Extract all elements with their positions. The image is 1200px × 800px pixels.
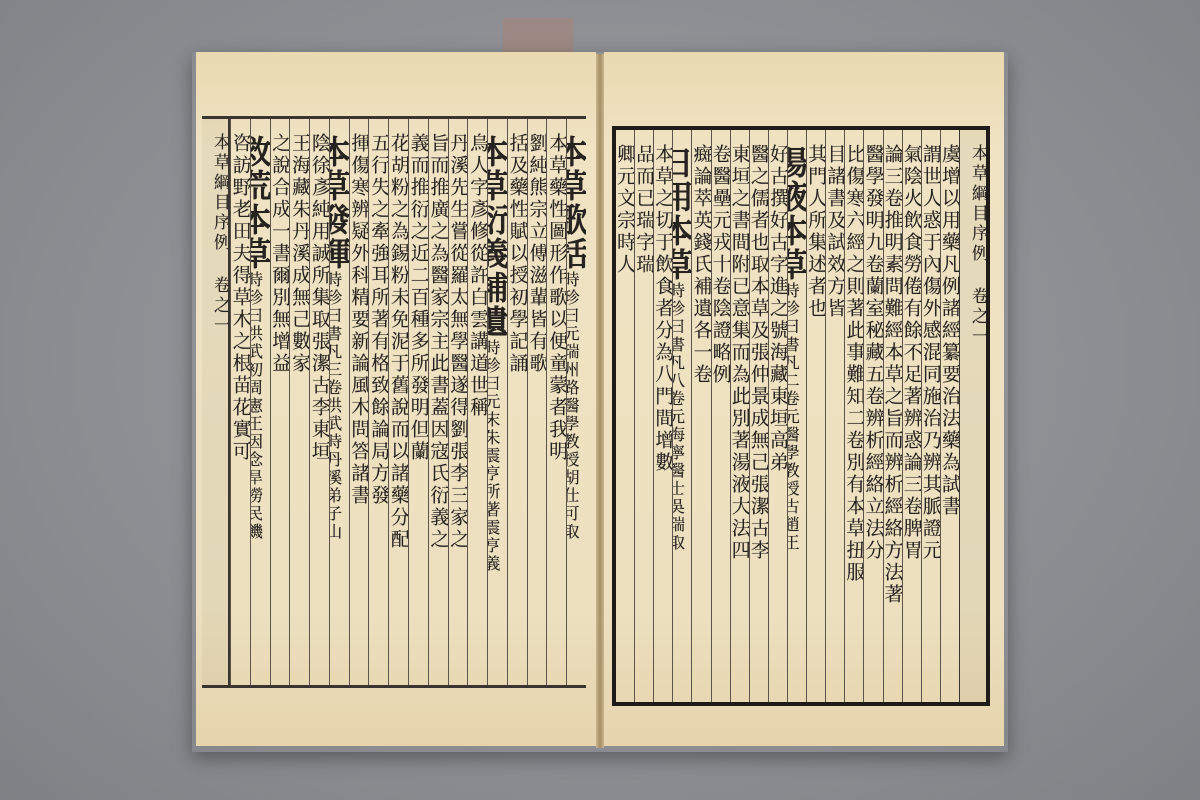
entry-heading-column: 湯液本草時珍曰書凡二卷元醫學教授古趙王 <box>787 130 806 702</box>
text-column: 比傷寒六經之則著此事難知二卷別有本草扭服 <box>844 130 863 702</box>
left-page-frame: 本草歌括時珍曰元瑞州路醫學教授胡仕可取本草藥性圖形作歌以便童蒙者我明劉純熊宗立傅… <box>202 116 586 688</box>
text-column: 花胡粉之為錫粉未免泥于舊說而以諸藥分配 <box>388 119 408 685</box>
text-column: 癍論萃英錢氏補遺各一卷 <box>691 130 710 702</box>
right-page-columns: 本草綱目序例 卷之一虞增以用藥凡例諸經纂要治法藥為試書謂世人惑于內傷外感混同施治… <box>616 130 986 702</box>
book-spine <box>596 54 604 748</box>
banxin-title: 本草綱目序例 卷之一 <box>959 130 986 702</box>
entry-heading-column: 日用本草時珍曰書凡八卷元海寧醫士吳瑞取 <box>672 130 691 702</box>
text-column: 好古撰好古字進之號海藏東垣高弟 <box>768 130 787 702</box>
right-page-frame: 本草綱目序例 卷之一虞增以用藥凡例諸經纂要治法藥為試書謂世人惑于內傷外感混同施治… <box>612 126 990 706</box>
text-column: 論三卷推明素問難經本草之旨而辨析經絡方法著 <box>883 130 902 702</box>
text-column: 醫之儒者也取本草及張仲景成無己張潔古李 <box>749 130 768 702</box>
left-page: 本草歌括時珍曰元瑞州路醫學教授胡仕可取本草藥性圖形作歌以便童蒙者我明劉純熊宗立傅… <box>196 52 596 746</box>
right-page: 本草綱目序例 卷之一虞增以用藥凡例諸經纂要治法藥為試書謂世人惑于內傷外感混同施治… <box>604 52 1004 746</box>
text-column: 義而推衍之近二百種多所發明但蘭 <box>408 119 428 685</box>
entry-heading-column: 救荒本草時珍曰洪武初周憲王因念旱澇民饑 <box>250 119 270 685</box>
text-column: 括及藥性賦以授初學記誦 <box>507 119 527 685</box>
text-column: 虞增以用藥凡例諸經纂要治法藥為試書 <box>940 130 959 702</box>
text-column: 本草藥性圖形作歌以便童蒙者我明 <box>546 119 566 685</box>
entry-note: 時珍曰書凡八卷元海寧醫士吳瑞取 <box>672 282 685 552</box>
entry-heading-column: 本草發揮時珍曰書凡三卷洪武時丹溪弟子山 <box>329 119 349 685</box>
text-column: 咨訪野老田夫得草木之根苗花實可 <box>230 119 250 685</box>
text-column: 其門人所集述者也 <box>806 130 825 702</box>
entry-note: 時珍曰書凡二卷元醫學教授古趙王 <box>787 282 800 552</box>
text-column: 謂世人惑于內傷外感混同施治乃辨其脈證元 <box>921 130 940 702</box>
entry-heading-column: 本草衍義補遺時珍曰元末朱震亨所著震亨義 <box>487 119 507 685</box>
entry-title: 本草發揮 <box>329 135 349 271</box>
text-column: 卿元文宗時人 <box>616 130 634 702</box>
entry-note: 時珍曰書凡三卷洪武時丹溪弟子山 <box>329 271 343 541</box>
text-column: 品而已瑞字瑞 <box>634 130 653 702</box>
text-column: 王海藏朱丹溪成無己數家 <box>289 119 309 685</box>
entry-title: 本草衍義補遺 <box>487 135 507 339</box>
text-column: 卷醫壘元戎十卷陰證略例 <box>711 130 730 702</box>
text-column: 劉純熊宗立傅滋輩皆有歌 <box>527 119 547 685</box>
text-column: 目諸書及試效方皆 <box>825 130 844 702</box>
text-column: 東垣之書間附已意集而為此別著湯液大法四 <box>730 130 749 702</box>
text-column: 氣陰火飲食勞倦有餘不足著辨惑論三卷脾胃 <box>902 130 921 702</box>
left-page-columns: 本草歌括時珍曰元瑞州路醫學教授胡仕可取本草藥性圖形作歌以便童蒙者我明劉純熊宗立傅… <box>202 119 586 685</box>
entry-title: 本草歌括 <box>566 135 586 271</box>
text-column: 醫學發明九卷蘭室秘藏五卷辨析經絡立法分 <box>863 130 882 702</box>
text-column: 本草之切于飲食者分為八門間增數 <box>653 130 672 702</box>
entry-note: 時珍曰元瑞州路醫學教授胡仕可取 <box>566 271 580 541</box>
entry-title: 湯液本草 <box>787 146 806 282</box>
entry-note: 時珍曰洪武初周憲王因念旱澇民饑 <box>250 271 264 541</box>
text-column: 丹溪先生嘗從羅太無學醫遂得劉張李三家之 <box>448 119 468 685</box>
entry-heading-column: 本草歌括時珍曰元瑞州路醫學教授胡仕可取 <box>566 119 586 685</box>
entry-title: 救荒本草 <box>250 135 270 271</box>
text-column: 揮傷寒辨疑外科精要新論風木問答諸書 <box>349 119 369 685</box>
text-column: 旨而推廣之為醫家宗主此書蓋因寇氏衍義之 <box>428 119 448 685</box>
entry-title: 日用本草 <box>672 146 691 282</box>
text-column: 之說合成一書爾別無增益 <box>270 119 290 685</box>
banxin-title: 本草綱目序例 卷之一 <box>202 119 230 685</box>
text-column: 陰徐彥純用誠所集取張潔古李東垣 <box>309 119 329 685</box>
text-column: 五行失之牽強耳所著有格致餘論局方發 <box>368 119 388 685</box>
text-column: 烏人字彥修從許白雲講道世稱 <box>467 119 487 685</box>
entry-note: 時珍曰元末朱震亨所著震亨義 <box>487 339 501 573</box>
